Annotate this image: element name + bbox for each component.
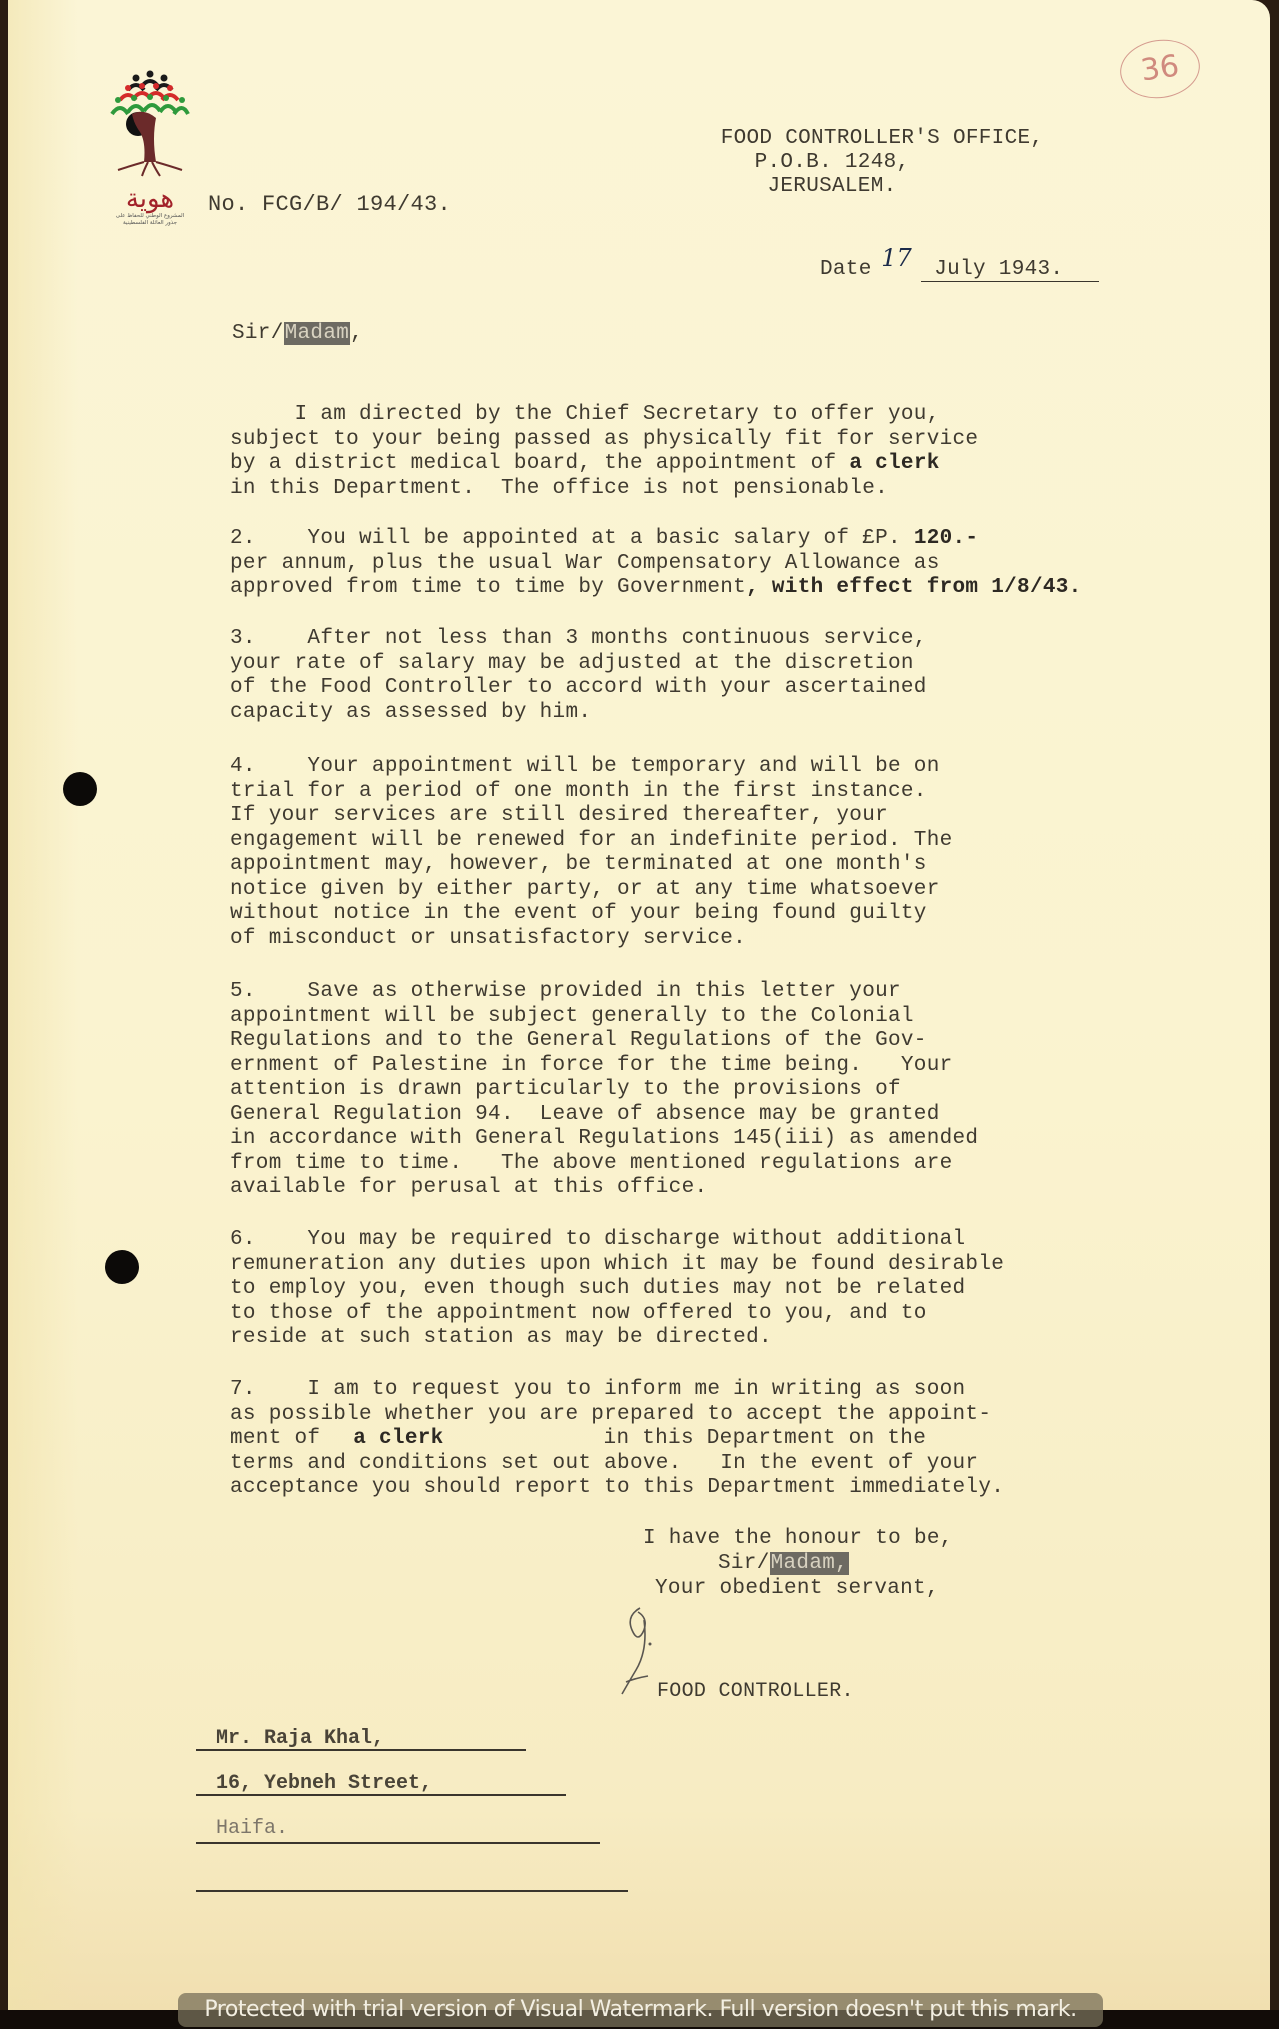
para5-line4: ernment of Palestine in force for the ti… [230, 1054, 978, 1079]
para4-line7: without notice in the event of your bein… [230, 902, 953, 927]
para5-line9: available for perusal at this office. [230, 1176, 978, 1201]
para7-line4: terms and conditions set out above. In t… [230, 1452, 1004, 1477]
struck-madam: Madam [284, 322, 351, 345]
para4-line3: If your services are still desired there… [230, 804, 953, 829]
para5-line1: 5. Save as otherwise provided in this le… [230, 980, 978, 1005]
para3-line2: your rate of salary may be adjusted at t… [230, 652, 927, 677]
family-tree-icon [108, 70, 192, 180]
para5-line7: in accordance with General Regulations 1… [230, 1127, 978, 1152]
address-underline-2 [196, 1794, 566, 1796]
paragraph-4: 4. Your appointment will be temporary an… [230, 755, 953, 951]
date-value: July 1943. [921, 258, 1099, 282]
para6-line1: 6. You may be required to discharge with… [230, 1228, 1004, 1253]
paragraph-3: 3. After not less than 3 months continuo… [230, 627, 927, 725]
addressee-city: Haifa. [216, 1817, 288, 1840]
para6-line3: to employ you, even though such duties m… [230, 1277, 1004, 1302]
para1-line2: subject to your being passed as physical… [230, 428, 978, 453]
letter-date: Date 17 July 1943. [820, 252, 1099, 283]
paragraph-2: 2. You will be appointed at a basic sala… [230, 527, 1082, 601]
para5-line3: Regulations and to the General Regulatio… [230, 1029, 978, 1054]
salutation-punct: , [350, 322, 363, 345]
para4-line4: engagement will be renewed for an indefi… [230, 829, 953, 854]
para7-line2: as possible whether you are prepared to … [230, 1403, 1004, 1428]
effective-date: , with effect from 1/8/43. [746, 576, 1081, 599]
para6-line5: reside at such station as may be directe… [230, 1326, 1004, 1351]
addressee-name: Mr. Raja Khal, [216, 1727, 384, 1750]
paragraph-6: 6. You may be required to discharge with… [230, 1228, 1004, 1351]
para5-line6: General Regulation 94. Leave of absence … [230, 1103, 978, 1128]
closing-line1: I have the honour to be, [643, 1527, 953, 1552]
address-underline-3 [196, 1842, 600, 1844]
position-title: a clerk [849, 452, 939, 475]
date-label: Date [820, 258, 872, 281]
closing-sir: Sir/ [718, 1552, 770, 1575]
addressee-street: 16, Yebneh Street, [216, 1772, 432, 1795]
para3-line3: of the Food Controller to accord with yo… [230, 676, 927, 701]
para5-line8: from time to time. The above mentioned r… [230, 1152, 978, 1177]
para2-line1: 2. You will be appointed at a basic sala… [230, 527, 914, 550]
address-underline-4 [196, 1890, 628, 1892]
para7-line3: ment of [230, 1427, 333, 1450]
date-handwritten-day: 17 [881, 244, 912, 272]
trial-watermark: Protected with trial version of Visual W… [178, 1993, 1103, 2027]
para6-line2: remuneration any duties upon which it ma… [230, 1253, 1004, 1278]
paragraph-7: 7. I am to request you to inform me in w… [230, 1378, 1004, 1501]
office-city: JERUSALEM. [672, 175, 992, 200]
logo-caption-line2: جذور العائلة الفلسطينية [108, 220, 192, 227]
punch-hole-top [63, 772, 97, 806]
para4-line2: trial for a period of one month in the f… [230, 780, 953, 805]
para3-line4: capacity as assessed by him. [230, 701, 927, 726]
para5-line5: attention is drawn particularly to the p… [230, 1078, 978, 1103]
para7-line5: acceptance you should report to this Dep… [230, 1476, 1004, 1501]
office-name: FOOD CONTROLLER'S OFFICE, [672, 127, 1092, 152]
logo-caption-line1: المشروع الوطني للحفاظ على [108, 213, 192, 220]
hawiya-logo: هوية المشروع الوطني للحفاظ على جذور العا… [108, 70, 192, 250]
para4-line1: 4. Your appointment will be temporary an… [230, 755, 953, 780]
address-underline-1 [196, 1749, 526, 1751]
para4-line8: of misconduct or unsatisfactory service. [230, 927, 953, 952]
salutation: Sir/Madam, [232, 322, 363, 347]
para2-line3: approved from time to time by Government [230, 576, 746, 599]
salutation-sir: Sir/ [232, 322, 284, 345]
para3-line1: 3. After not less than 3 months continuo… [230, 627, 927, 652]
para5-line2: appointment will be subject generally to… [230, 1005, 978, 1030]
punch-hole-bottom [105, 1250, 139, 1284]
signatory-title: FOOD CONTROLLER. [657, 1680, 854, 1705]
office-pob: P.O.B. 1248, [672, 151, 992, 176]
para4-line6: notice given by either party, or at any … [230, 878, 953, 903]
logo-wordmark: هوية [108, 185, 192, 213]
para7-line3-tail: in this Department on the [604, 1427, 927, 1450]
reference-number: No. FCG/B/ 194/43. [208, 193, 451, 218]
para4-line5: appointment may, however, be terminated … [230, 853, 953, 878]
para1-line3: by a district medical board, the appoint… [230, 452, 849, 475]
closing-struck-madam: Madam, [770, 1552, 849, 1575]
para2-line2: per annum, plus the usual War Compensato… [230, 552, 1082, 577]
para7-line1: 7. I am to request you to inform me in w… [230, 1378, 1004, 1403]
paragraph-1: I am directed by the Chief Secretary to … [230, 403, 978, 501]
closing-line3: Your obedient servant, [655, 1577, 939, 1602]
para1-line4: in this Department. The office is not pe… [230, 477, 978, 502]
closing-line2: Sir/Madam, [718, 1552, 849, 1577]
position-title-repeat: a clerk [353, 1427, 443, 1450]
para6-line4: to those of the appointment now offered … [230, 1302, 1004, 1327]
salary-amount: 120.- [914, 527, 979, 550]
para1-line1: I am directed by the Chief Secretary to … [230, 403, 978, 428]
paragraph-5: 5. Save as otherwise provided in this le… [230, 980, 978, 1201]
